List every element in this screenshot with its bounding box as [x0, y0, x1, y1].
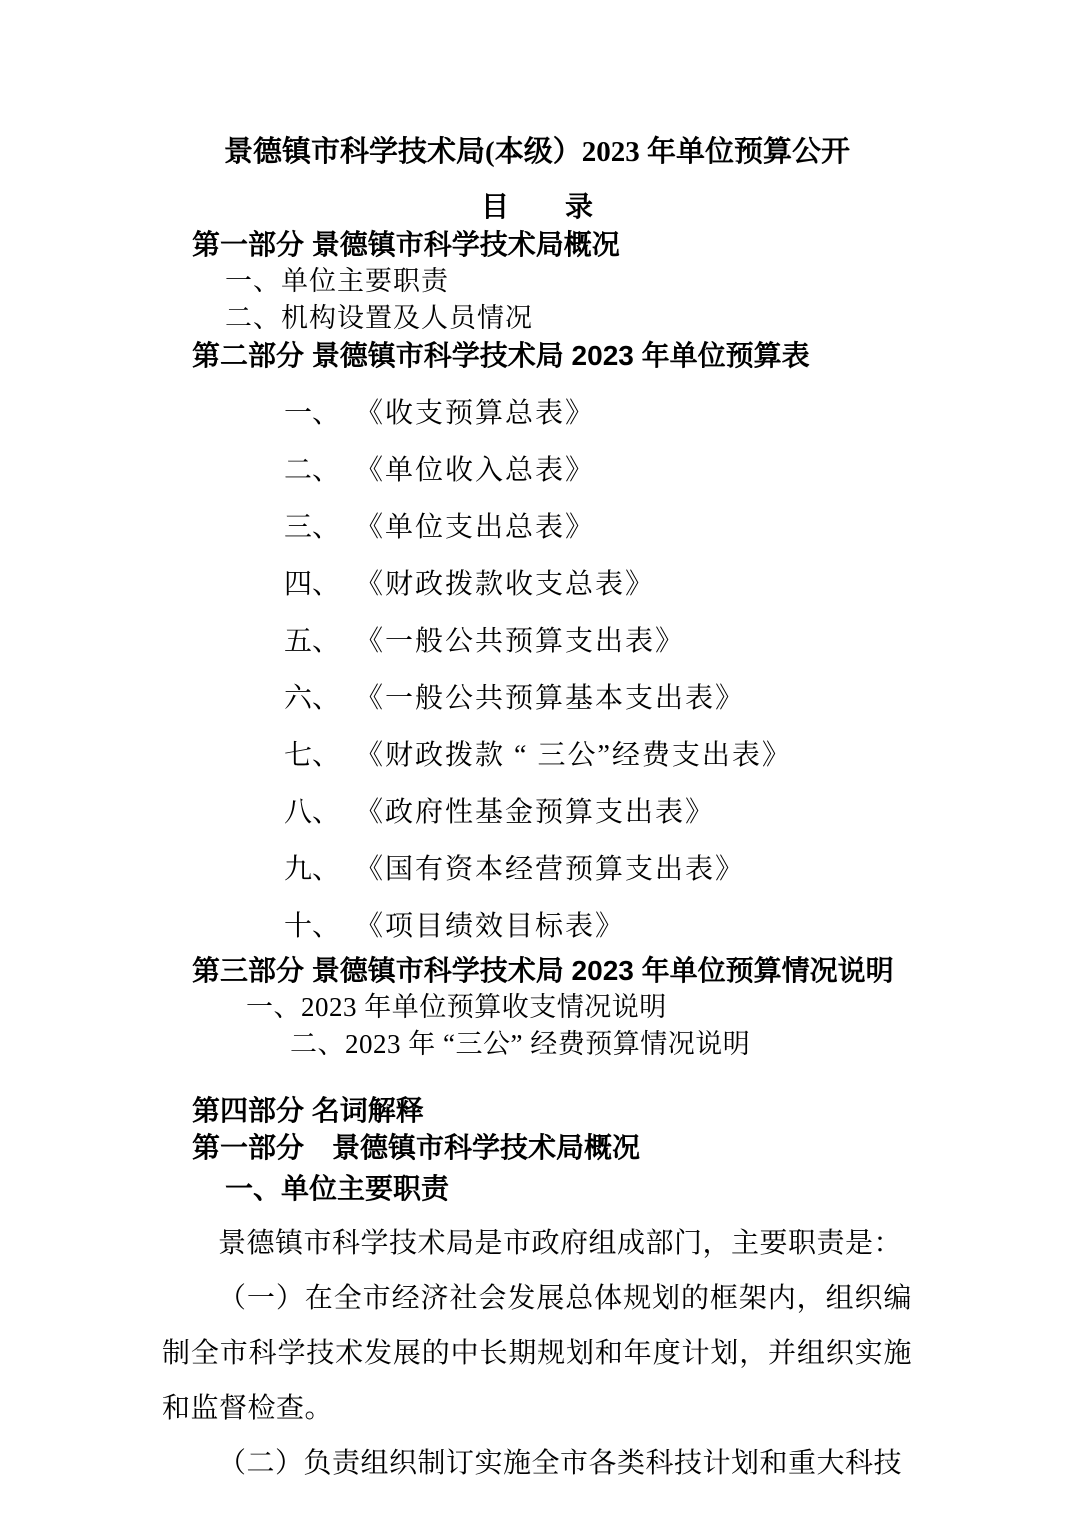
toc-part-1: 第一部分 景德镇市科学技术局概况	[192, 226, 912, 263]
toc-table-number: 七、	[284, 733, 340, 773]
toc-table-list: 一、 《收支预算总表》 二、 《单位收入总表》 三、 《单位支出总表》 四、 《…	[284, 382, 912, 952]
toc-table-number: 六、	[284, 676, 340, 716]
toc-table-entry: 六、 《一般公共预算基本支出表》	[284, 667, 912, 724]
body-paragraph: （一）在全市经济社会发展总体规划的框架内，组织编制全市科学技术发展的中长期规划和…	[162, 1271, 912, 1436]
toc-item-budget-notes: 一、2023 年单位预算收支情况说明	[246, 989, 912, 1026]
toc-table-title: 《一般公共预算基本支出表》	[355, 676, 745, 716]
toc-table-number: 三、	[284, 505, 340, 545]
body-part-heading: 第一部分 景德镇市科学技术局概况	[192, 1129, 912, 1166]
toc-table-entry: 二、 《单位收入总表》	[284, 439, 912, 496]
toc-table-entry: 三、 《单位支出总表》	[284, 496, 912, 553]
toc-table-entry: 四、 《财政拨款收支总表》	[284, 553, 912, 610]
toc-table-title: 《财政拨款 “ 三公”经费支出表》	[355, 733, 792, 773]
toc-table-number: 八、	[284, 790, 340, 830]
body-paragraph: 景德镇市科学技术局是市政府组成部门，主要职责是：	[162, 1216, 912, 1271]
toc-table-title: 《一般公共预算支出表》	[355, 619, 685, 659]
toc-item-org-setup: 二、机构设置及人员情况	[225, 300, 912, 337]
body-paragraph: （二）负责组织制订实施全市各类科技计划和重大科技	[162, 1436, 912, 1491]
toc-table-number: 九、	[284, 847, 340, 887]
document-title: 景德镇市科学技术局(本级）2023 年单位预算公开	[162, 134, 912, 170]
toc-table-title: 《政府性基金预算支出表》	[355, 790, 715, 830]
toc-table-number: 一、	[284, 391, 340, 431]
toc-heading: 目 录	[162, 193, 912, 223]
toc-table-title: 《财政拨款收支总表》	[355, 562, 655, 602]
toc-table-title: 《单位收入总表》	[355, 448, 595, 488]
toc-part-4: 第四部分 名词解释	[192, 1092, 912, 1129]
toc-table-title: 《单位支出总表》	[355, 505, 595, 545]
toc-table-title: 《收支预算总表》	[355, 391, 595, 431]
toc-table-entry: 八、 《政府性基金预算支出表》	[284, 781, 912, 838]
toc-item-unit-duties: 一、单位主要职责	[225, 263, 912, 300]
toc-item-sangong-notes: 二、2023 年 “三公” 经费预算情况说明	[290, 1026, 912, 1063]
toc-part-2: 第二部分 景德镇市科学技术局 2023 年单位预算表	[192, 337, 912, 374]
toc-table-entry: 五、 《一般公共预算支出表》	[284, 610, 912, 667]
toc-table-title: 《国有资本经营预算支出表》	[355, 847, 745, 887]
toc-table-entry: 十、 《项目绩效目标表》	[284, 895, 912, 952]
toc-table-entry: 七、 《财政拨款 “ 三公”经费支出表》	[284, 724, 912, 781]
toc-table-number: 十、	[284, 904, 340, 944]
toc-table-number: 五、	[284, 619, 340, 659]
toc-table-entry: 九、 《国有资本经营预算支出表》	[284, 838, 912, 895]
toc-table-number: 二、	[284, 448, 340, 488]
body-text: 景德镇市科学技术局是市政府组成部门，主要职责是： （一）在全市经济社会发展总体规…	[162, 1216, 912, 1491]
toc-table-title: 《项目绩效目标表》	[355, 904, 625, 944]
body-section-heading: 一、单位主要职责	[225, 1170, 912, 1207]
toc-table-number: 四、	[284, 562, 340, 602]
table-of-contents: 第一部分 景德镇市科学技术局概况 一、单位主要职责 二、机构设置及人员情况 第二…	[162, 226, 912, 1129]
toc-part-3: 第三部分 景德镇市科学技术局 2023 年单位预算情况说明	[192, 952, 912, 989]
toc-table-entry: 一、 《收支预算总表》	[284, 382, 912, 439]
document-page: 景德镇市科学技术局(本级）2023 年单位预算公开 目 录 第一部分 景德镇市科…	[0, 0, 1074, 1520]
